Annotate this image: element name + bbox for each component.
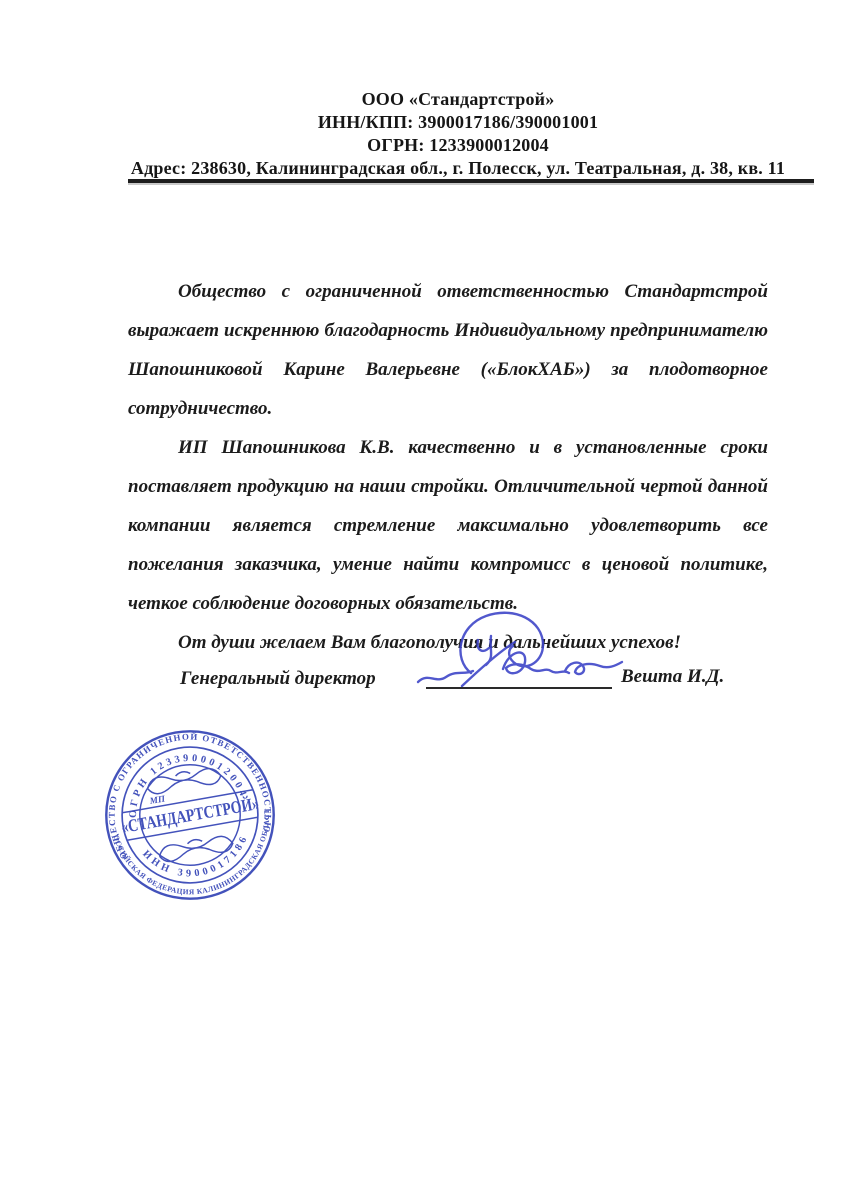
letter-page: ООО «Стандартстрой» ИНН/КПП: 3900017186/… (0, 0, 848, 1200)
letter-paragraph: Общество с ограниченной ответственностью… (128, 272, 768, 428)
signature-ink-scribble (412, 606, 630, 704)
letterhead-inn-kpp: ИНН/КПП: 3900017186/390001001 (100, 111, 816, 134)
signatory-name: Вешта И.Д. (621, 666, 724, 688)
signature-title: Генеральный директор (180, 668, 376, 690)
letterhead: ООО «Стандартстрой» ИНН/КПП: 3900017186/… (100, 88, 816, 180)
letterhead-ogrn: ОГРН: 1233900012004 (100, 134, 816, 157)
letterhead-address: Адрес: 238630, Калининградская обл., г. … (100, 157, 816, 180)
stamp-outer-top-text: ОБЩЕСТВО С ОГРАНИЧЕННОЙ ОТВЕТСТВЕННОСТЬЮ (97, 722, 278, 862)
letterhead-company-name: ООО «Стандартстрой» (100, 88, 816, 111)
letter-body: Общество с ограниченной ответственностью… (128, 272, 768, 662)
company-stamp: ОБЩЕСТВО С ОГРАНИЧЕННОЙ ОТВЕТСТВЕННОСТЬЮ… (97, 722, 283, 908)
letter-paragraph: ИП Шапошникова К.В. качественно и в уста… (128, 428, 768, 623)
letterhead-divider (128, 179, 814, 183)
signature-line (426, 687, 612, 689)
